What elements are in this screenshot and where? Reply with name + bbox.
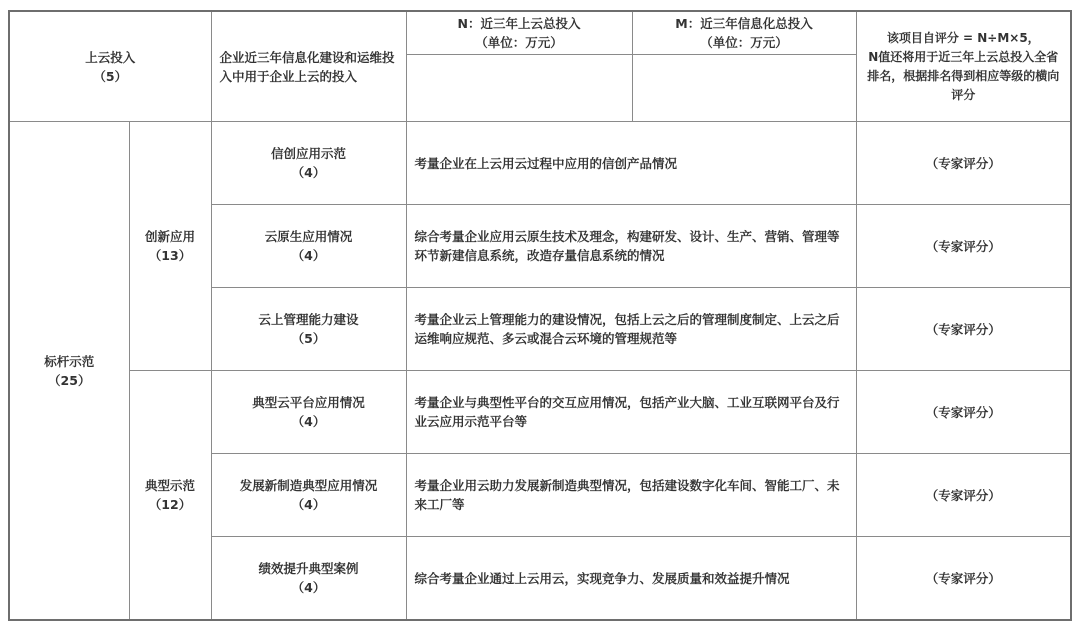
m-value-input[interactable] — [632, 55, 856, 122]
n-column-unit: （单位：万元） — [413, 33, 626, 52]
category-label: 标杆示范 — [16, 352, 123, 371]
item-rating: （专家评分） — [856, 537, 1071, 621]
item-score: （4） — [218, 412, 400, 431]
group-label: 典型示范 — [136, 476, 205, 495]
category-score: （25） — [16, 371, 123, 390]
item-name-cell: 信创应用示范 （4） — [211, 122, 406, 205]
item-rating: （专家评分） — [856, 454, 1071, 537]
item-rating: （专家评分） — [856, 205, 1071, 288]
item-score: （4） — [218, 246, 400, 265]
item-description: 考量企业用云助力发展新制造典型情况，包括建设数字化车间、智能工厂、未来工厂等 — [406, 454, 856, 537]
item-description: 考量企业在上云用云过程中应用的信创产品情况 — [406, 122, 856, 205]
formula-cell: 该项目自评分 = N÷M×5， N值还将用于近三年上云总投入全省排名，根据排名得… — [856, 11, 1071, 122]
item-name: 发展新制造典型应用情况 — [218, 476, 400, 495]
item-name-cell: 发展新制造典型应用情况 （4） — [211, 454, 406, 537]
formula-line-2: N值还将用于近三年上云总投入全省排名，根据排名得到相应等级的横向评分 — [863, 48, 1065, 105]
cloud-investment-header: 上云投入 （5） — [9, 11, 211, 122]
item-score: （4） — [218, 578, 400, 597]
scoring-table: 上云投入 （5） 企业近三年信息化建设和运维投入中用于企业上云的投入 N：近三年… — [8, 10, 1072, 621]
item-score: （4） — [218, 163, 400, 182]
item-score: （5） — [218, 329, 400, 348]
m-column-header: M：近三年信息化总投入 （单位：万元） — [632, 11, 856, 55]
item-name-cell: 典型云平台应用情况 （4） — [211, 371, 406, 454]
item-name: 典型云平台应用情况 — [218, 393, 400, 412]
n-value-input[interactable] — [406, 55, 632, 122]
item-description: 考量企业与典型性平台的交互应用情况，包括产业大脑、工业互联网平台及行业云应用示范… — [406, 371, 856, 454]
m-column-label: M：近三年信息化总投入 — [639, 14, 850, 33]
header-row: 上云投入 （5） 企业近三年信息化建设和运维投入中用于企业上云的投入 N：近三年… — [9, 11, 1071, 55]
cloud-investment-label: 上云投入 — [16, 48, 205, 67]
item-description: 综合考量企业应用云原生技术及理念，构建研发、设计、生产、营销、管理等环节新建信息… — [406, 205, 856, 288]
category-cell: 标杆示范 （25） — [9, 122, 129, 621]
group-score: （12） — [136, 495, 205, 514]
item-description: 综合考量企业通过上云用云，实现竞争力、发展质量和效益提升情况 — [406, 537, 856, 621]
group-score: （13） — [136, 246, 205, 265]
item-rating: （专家评分） — [856, 371, 1071, 454]
item-name-cell: 绩效提升典型案例 （4） — [211, 537, 406, 621]
group-label: 创新应用 — [136, 227, 205, 246]
group-cell: 创新应用 （13） — [129, 122, 211, 371]
group-cell: 典型示范 （12） — [129, 371, 211, 621]
item-description: 考量企业云上管理能力的建设情况，包括上云之后的管理制度制定、上云之后运维响应规范… — [406, 288, 856, 371]
item-name: 信创应用示范 — [218, 144, 400, 163]
item-name-cell: 云原生应用情况 （4） — [211, 205, 406, 288]
item-rating: （专家评分） — [856, 122, 1071, 205]
item-rating: （专家评分） — [856, 288, 1071, 371]
item-name: 绩效提升典型案例 — [218, 559, 400, 578]
item-name-cell: 云上管理能力建设 （5） — [211, 288, 406, 371]
item-score: （4） — [218, 495, 400, 514]
table-row: 标杆示范 （25） 创新应用 （13） 信创应用示范 （4） 考量企业在上云用云… — [9, 122, 1071, 205]
item-name: 云上管理能力建设 — [218, 310, 400, 329]
item-name: 云原生应用情况 — [218, 227, 400, 246]
n-column-label: N：近三年上云总投入 — [413, 14, 626, 33]
cloud-investment-description: 企业近三年信息化建设和运维投入中用于企业上云的投入 — [211, 11, 406, 122]
table-row: 典型示范 （12） 典型云平台应用情况 （4） 考量企业与典型性平台的交互应用情… — [9, 371, 1071, 454]
m-column-unit: （单位：万元） — [639, 33, 850, 52]
formula-line-1: 该项目自评分 = N÷M×5， — [863, 29, 1065, 48]
n-column-header: N：近三年上云总投入 （单位：万元） — [406, 11, 632, 55]
cloud-investment-score: （5） — [16, 67, 205, 86]
